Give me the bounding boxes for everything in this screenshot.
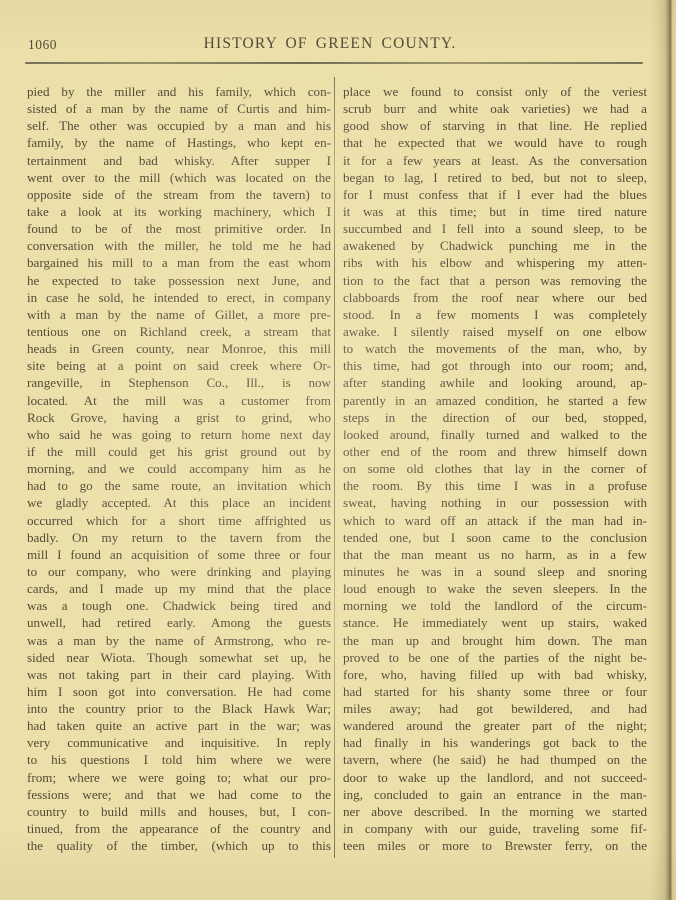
text-line: awake. I silently raised myself on one e… xyxy=(343,323,647,340)
text-line: was a man by the name of Armstrong, who … xyxy=(27,632,331,649)
text-line: tavern, where (he said) he had thumped o… xyxy=(343,751,647,768)
book-edge-shadow xyxy=(650,0,676,900)
header-rule xyxy=(25,62,643,64)
text-line: bargained his mill to a man from the eas… xyxy=(27,254,331,271)
text-line: he expected to take possession next June… xyxy=(27,272,331,289)
text-line: that he expected that we would have to r… xyxy=(343,134,647,151)
text-line: scrub burr and white oak varieties) we h… xyxy=(343,100,647,117)
text-line: if the mill could get his grist ground o… xyxy=(27,443,331,460)
text-line: miles away; had got bewildered, and had xyxy=(343,700,647,717)
text-line: that the man meant us no harm, as in a f… xyxy=(343,546,647,563)
text-line: went over to the mill (which was located… xyxy=(27,169,331,186)
text-line: it was at this time; but in time tired n… xyxy=(343,203,647,220)
text-line: parently in an amazed condition, he star… xyxy=(343,392,647,409)
text-line: succumbed and I fell into a sound sleep,… xyxy=(343,220,647,237)
text-line: sisted of a man by the name of Curtis an… xyxy=(27,100,331,117)
text-line: tentious one on Richland creek, a stream… xyxy=(27,323,331,340)
book-page-scan: 1060 HISTORY OF GREEN COUNTY. pied by th… xyxy=(0,0,676,900)
text-line: tertainment and bad whisky. After supper… xyxy=(27,152,331,169)
text-line: to his questions I told him where we wer… xyxy=(27,751,331,768)
text-line: this time, had got through into our room… xyxy=(343,357,647,374)
text-line: tinued, from the appearance of the count… xyxy=(27,820,331,837)
text-line: who said he was going to return home nex… xyxy=(27,426,331,443)
text-line: wandered around the greater part of the … xyxy=(343,717,647,734)
left-column: pied by the miller and his family, which… xyxy=(27,83,331,854)
text-line: badly. On my return to the tavern from t… xyxy=(27,529,331,546)
text-line: which to ward off an attack if the man h… xyxy=(343,512,647,529)
text-line: with a man by the name of Gillet, a more… xyxy=(27,306,331,323)
text-line: to our company, who were drinking and pl… xyxy=(27,563,331,580)
text-line: we gladly accepted. At this place an inc… xyxy=(27,494,331,511)
text-line: opposite side of the stream from the tav… xyxy=(27,186,331,203)
text-line: mill I found an acquisition of some thre… xyxy=(27,546,331,563)
text-line: heads in Green county, near Monroe, this… xyxy=(27,340,331,357)
text-line: him I soon got into conversation. He had… xyxy=(27,683,331,700)
text-line: looked around, finally turned and walked… xyxy=(343,426,647,443)
text-line: ner above described. In the morning we s… xyxy=(343,803,647,820)
text-line: ing, concluded to gain an entrance in th… xyxy=(343,786,647,803)
text-line: to watch the movements of the man, who, … xyxy=(343,340,647,357)
text-line: awakened by Chadwick punching me in the xyxy=(343,237,647,254)
text-line: teen miles or more to Brewster ferry, on… xyxy=(343,837,647,854)
text-line: into the country prior to the Black Hawk… xyxy=(27,700,331,717)
text-line: stance. He immediately went up stairs, w… xyxy=(343,614,647,631)
text-line: was a tough one. Chadwick being tired an… xyxy=(27,597,331,614)
text-line: ribs with his elbow and whispering my at… xyxy=(343,254,647,271)
text-line: family, by the name of Hastings, who kep… xyxy=(27,134,331,151)
text-line: take a look at its working machinery, wh… xyxy=(27,203,331,220)
text-line: door to wake up the landlord, and not su… xyxy=(343,769,647,786)
text-line: proved to be one of the parties of the n… xyxy=(343,649,647,666)
text-line: the room. By this time I was in a profus… xyxy=(343,477,647,494)
text-line: conversation with the miller, he told me… xyxy=(27,237,331,254)
text-line: unwell, had retired early. Among the gue… xyxy=(27,614,331,631)
text-line: place we found to consist only of the ve… xyxy=(343,83,647,100)
text-line: Rock Grove, having a grist to grind, who xyxy=(27,409,331,426)
text-line: after standing awhile and looking around… xyxy=(343,374,647,391)
text-line: had to go the same route, an invitation … xyxy=(27,477,331,494)
text-line: found to be of the most primitive order.… xyxy=(27,220,331,237)
text-line: morning we told the landlord of the circ… xyxy=(343,597,647,614)
text-line: fore, who, having filled up with bad whi… xyxy=(343,666,647,683)
text-line: sided near Wiota. Though somewhat set up… xyxy=(27,649,331,666)
text-line: had started for his shanty some three or… xyxy=(343,683,647,700)
text-line: in case he sold, he intended to erect, i… xyxy=(27,289,331,306)
text-line: tion to the fact that a person was remov… xyxy=(343,272,647,289)
text-line: from; where we were going to; what our p… xyxy=(27,769,331,786)
text-line: began to lag, I retired to bed, but not … xyxy=(343,169,647,186)
text-line: tended one, but I soon came to the concl… xyxy=(343,529,647,546)
text-line: the quality of the timber, (which up to … xyxy=(27,837,331,854)
column-divider xyxy=(334,77,335,858)
text-line: located. At the mill was a customer from xyxy=(27,392,331,409)
text-line: steps in the direction of our bed, stopp… xyxy=(343,409,647,426)
text-line: self. The other was occupied by a man an… xyxy=(27,117,331,134)
text-line: the man up and brought him down. The man xyxy=(343,632,647,649)
text-line: was not taking part in their card playin… xyxy=(27,666,331,683)
text-line: in company with our guide, traveling som… xyxy=(343,820,647,837)
text-line: pied by the miller and his family, which… xyxy=(27,83,331,100)
text-line: site being at a point on said creek wher… xyxy=(27,357,331,374)
text-line: other end of the room and threw himself … xyxy=(343,443,647,460)
text-line: had taken quite an active part in the wa… xyxy=(27,717,331,734)
text-line: clabboards from the roof near where our … xyxy=(343,289,647,306)
text-line: on some old clothes that lay in the corn… xyxy=(343,460,647,477)
text-line: country to build mills and houses, but, … xyxy=(27,803,331,820)
text-line: loud enough to wake the seven sleepers. … xyxy=(343,580,647,597)
text-line: for I must confess that if I ever had th… xyxy=(343,186,647,203)
text-line: rangeville, in Stephenson Co., Ill., is … xyxy=(27,374,331,391)
text-line: fessions were; and that we had come to t… xyxy=(27,786,331,803)
right-column: place we found to consist only of the ve… xyxy=(343,83,647,854)
text-line: good show of starving in that line. He r… xyxy=(343,117,647,134)
running-title: HISTORY OF GREEN COUNTY. xyxy=(0,35,660,53)
text-line: stood. In a few moments I was completely xyxy=(343,306,647,323)
text-line: cards, and I made up my mind that the pl… xyxy=(27,580,331,597)
text-line: sweat, having nothing in our possession … xyxy=(343,494,647,511)
page-header: 1060 HISTORY OF GREEN COUNTY. xyxy=(0,0,676,66)
text-line: very communicative and inquisitive. In r… xyxy=(27,734,331,751)
text-line: had finally in his wanderings got back t… xyxy=(343,734,647,751)
text-line: morning, and we could accompany him as h… xyxy=(27,460,331,477)
text-line: minutes he was in a sound sleep and snor… xyxy=(343,563,647,580)
text-line: occurred which for a short time affright… xyxy=(27,512,331,529)
text-line: it for a few years at least. As the conv… xyxy=(343,152,647,169)
